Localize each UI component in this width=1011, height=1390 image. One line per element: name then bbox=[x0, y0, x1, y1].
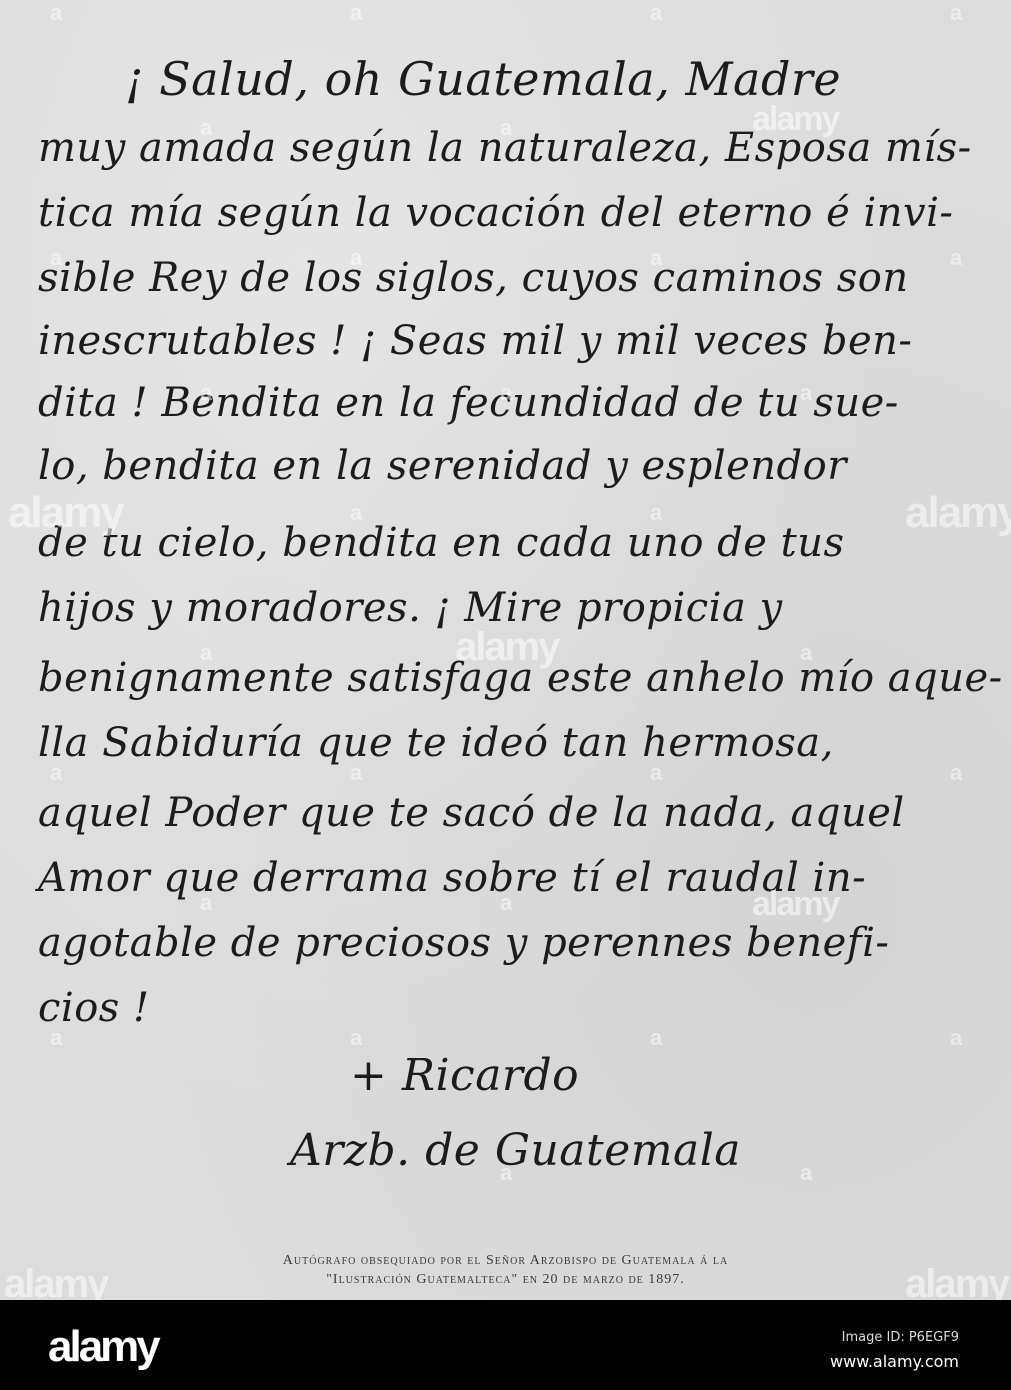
watermark-mark: a bbox=[650, 0, 662, 26]
watermark-mark: a bbox=[650, 760, 662, 786]
handwritten-line-3: tica mía según la vocación del eterno é … bbox=[38, 190, 953, 236]
watermark-mark: a bbox=[350, 245, 362, 271]
watermark-upper: alamy bbox=[752, 100, 838, 139]
watermark-mark: a bbox=[800, 640, 812, 666]
handwritten-line-7: lo, bendita en la serenidad y esplendor bbox=[38, 443, 847, 489]
watermark-mark: a bbox=[500, 1160, 512, 1186]
handwritten-line-5: inescrutables ! ¡ Seas mil y mil veces b… bbox=[38, 318, 912, 364]
handwritten-line-12: aquel Poder que te sacó de la nada, aque… bbox=[38, 790, 905, 836]
watermark-mark: a bbox=[50, 1025, 62, 1051]
handwritten-line-1: ¡ Salud, oh Guatemala, Madre bbox=[125, 52, 841, 106]
watermark-left: alamy bbox=[8, 488, 123, 538]
watermark-lower: alamy bbox=[752, 885, 838, 924]
watermark-center: alamy bbox=[455, 625, 558, 670]
watermark-mark: a bbox=[350, 1025, 362, 1051]
watermark-mark: a bbox=[500, 380, 512, 406]
document-page: ¡ Salud, oh Guatemala, Madre muy amada s… bbox=[0, 0, 1011, 1300]
image-id-label: Image ID: P6EGF9 bbox=[842, 1330, 959, 1345]
watermark-mark: a bbox=[350, 0, 362, 26]
watermark-mark: a bbox=[950, 245, 962, 271]
signature-title: Arzb. de Guatemala bbox=[290, 1125, 741, 1176]
caption-line-1: Autógrafo obsequiado por el Señor Arzobi… bbox=[0, 1253, 1011, 1269]
watermark-mark: a bbox=[200, 640, 212, 666]
watermark-bottom-right: alamy bbox=[905, 1262, 1008, 1300]
signature-name: + Ricardo bbox=[350, 1050, 579, 1101]
handwritten-line-11: lla Sabiduría que te ideó tan hermosa, bbox=[38, 720, 834, 766]
caption-line-2: "Ilustración Guatemalteca" en 20 de marz… bbox=[0, 1272, 1011, 1288]
handwritten-line-8: de tu cielo, bendita en cada uno de tus bbox=[38, 520, 845, 566]
handwritten-line-4: sible Rey de los siglos, cuyos caminos s… bbox=[38, 255, 909, 301]
watermark-mark: a bbox=[650, 500, 662, 526]
site-url: www.alamy.com bbox=[830, 1352, 959, 1371]
watermark-mark: a bbox=[200, 380, 212, 406]
watermark-right: alamy bbox=[905, 488, 1011, 538]
alamy-logo: alamy bbox=[48, 1322, 158, 1372]
watermark-mark: a bbox=[50, 0, 62, 26]
stock-footer-bar: alamy Image ID: P6EGF9 www.alamy.com bbox=[0, 1300, 1011, 1390]
watermark-mark: a bbox=[800, 380, 812, 406]
handwritten-line-9: hijos y moradores. ¡ Mire propicia y bbox=[38, 585, 783, 631]
watermark-mark: a bbox=[950, 0, 962, 26]
watermark-bottom-left: alamy bbox=[4, 1262, 107, 1300]
handwritten-line-13: Amor que derrama sobre tí el raudal in- bbox=[38, 855, 866, 901]
watermark-mark: a bbox=[950, 760, 962, 786]
watermark-mark: a bbox=[800, 1160, 812, 1186]
watermark-mark: a bbox=[650, 1025, 662, 1051]
watermark-mark: a bbox=[350, 760, 362, 786]
watermark-mark: a bbox=[500, 890, 512, 916]
watermark-mark: a bbox=[50, 245, 62, 271]
watermark-mark: a bbox=[650, 245, 662, 271]
watermark-mark: a bbox=[200, 890, 212, 916]
handwritten-line-14: agotable de preciosos y perennes benefi- bbox=[38, 920, 889, 966]
handwritten-line-6: dita ! Bendita en la fecundidad de tu su… bbox=[38, 380, 899, 426]
watermark-mark: a bbox=[500, 115, 512, 141]
watermark-mark: a bbox=[950, 1025, 962, 1051]
watermark-mark: a bbox=[200, 115, 212, 141]
watermark-mark: a bbox=[350, 500, 362, 526]
watermark-mark: a bbox=[50, 760, 62, 786]
